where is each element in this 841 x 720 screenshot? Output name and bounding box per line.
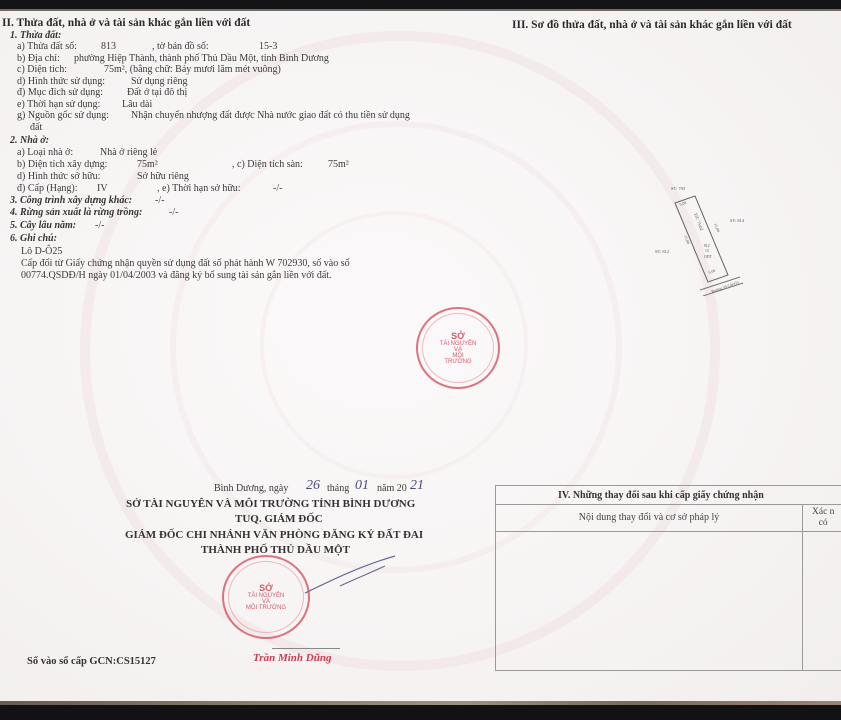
floor-area: 75m² <box>328 159 349 171</box>
stamp-text: SỞ <box>245 583 287 593</box>
origin-cont: đất <box>30 122 42 134</box>
house-heading: 2. Nhà ở: <box>10 135 49 146</box>
notes-lot: Lô D-Ô25 <box>21 246 62 258</box>
top-edge-length: 5.00 <box>679 200 687 207</box>
own-term-label: , e) Thời hạn sở hữu: <box>157 183 241 195</box>
department-name: SỞ TÀI NGUYÊN VÀ MÔI TRƯỜNG TỈNH BÌNH DƯ… <box>126 498 415 510</box>
month-label: tháng <box>327 483 349 495</box>
perennial-heading: 5. Cây lâu năm: <box>10 220 76 231</box>
bottom-edge-length: 5.00 <box>708 268 716 275</box>
tuq-title: TUQ. GIÁM ĐỐC <box>235 513 323 525</box>
parcel-use: ODT <box>704 255 712 259</box>
stamp-text: MÔI TRƯỜNG <box>438 353 478 365</box>
parcel-no-label: a) Thửa đất số: <box>17 41 77 53</box>
date-month: 01 <box>355 478 369 494</box>
notes-heading: 6. Ghi chú: <box>10 233 57 244</box>
stamp-text: SỞ <box>438 331 478 341</box>
section-2-title: II. Thửa đất, nhà ở và tài sản khác gắn … <box>2 17 250 29</box>
table-header-row: Nội dung thay đổi và cơ sở pháp lý Xác n… <box>496 505 841 532</box>
registry-number: Số vào sổ cấp GCN:CS15127 <box>27 656 156 667</box>
parcel-no: 813 <box>101 41 116 53</box>
other-construction-heading: 3. Công trình xây dựng khác: <box>10 195 132 206</box>
west-neighbor: ST: 812 <box>655 249 669 254</box>
ownership: Sở hữu riêng <box>137 171 189 183</box>
purpose: Đất ở tại đô thị <box>127 87 187 99</box>
house-type-label: a) Loại nhà ở: <box>17 147 73 159</box>
land-heading: 1. Thửa đất: <box>10 30 61 41</box>
signer-name: Trần Minh Dũng <box>253 652 331 664</box>
area: 75m², (bằng chữ: Bảy mươi lăm mét vuông) <box>104 64 281 76</box>
parcel-no: 812 <box>704 244 710 248</box>
east-neighbor: ST: 814 <box>730 218 745 223</box>
house-type: Nhà ở riêng lẻ <box>100 147 157 159</box>
perennial-value: -/- <box>95 220 104 232</box>
official-stamp: SỞ TÀI NGUYÊN VÀ MÔI TRƯỜNG <box>416 307 500 389</box>
ownership-label: d) Hình thức sở hữu: <box>17 171 100 183</box>
right-edge-length: 15.00 <box>713 223 721 233</box>
changes-table: IV. Những thay đổi sau khi cấp giấy chứn… <box>495 485 841 671</box>
forest-value: -/- <box>169 207 178 219</box>
section-3-title: III. Sơ đồ thửa đất, nhà ở và tài sản kh… <box>512 19 792 31</box>
stamp-text: TÀI NGUYÊN VÀ <box>438 341 478 353</box>
left-edge-length: 15.00 <box>683 235 691 245</box>
official-stamp: SỞ TÀI NGUYÊN VÀ MÔI TRƯỜNG <box>222 555 310 639</box>
map-sheet-label: , tờ bản đồ số: <box>152 41 209 53</box>
other-construction-value: -/- <box>155 195 164 207</box>
certificate-page: II. Thửa đất, nhà ở và tài sản khác gắn … <box>0 11 841 701</box>
grade: IV <box>97 183 108 195</box>
area-label: c) Diện tích: <box>17 64 67 76</box>
notes-line-1: Cấp đổi từ Giấy chứng nhận quyền sử dụng… <box>21 258 350 270</box>
notes-line-2: 00774.QSDĐ/H ngày 01/04/2003 và đăng ký … <box>21 270 332 282</box>
year-label: năm 20 <box>377 483 407 495</box>
section-4-title: IV. Những thay đổi sau khi cấp giấy chứn… <box>496 486 841 505</box>
bottom-dark-border <box>0 705 841 720</box>
place-date-prefix: Bình Dương, ngày <box>214 483 288 495</box>
origin-label: g) Nguồn gốc sử dụng: <box>17 110 109 122</box>
build-area-label: b) Diện tích xây dựng: <box>17 159 107 171</box>
date-year-suffix: 21 <box>410 478 424 494</box>
map-sheet: 15-3 <box>259 41 277 53</box>
grade-label: đ) Cấp (Hạng): <box>17 183 78 195</box>
parcel-sub: 15 <box>705 249 709 253</box>
column-header-confirm: Xác n có <box>812 507 834 529</box>
top-dark-border <box>0 0 841 9</box>
own-term: -/- <box>273 183 282 195</box>
build-area: 75m² <box>137 159 158 171</box>
column-divider <box>802 505 803 670</box>
handwritten-signature <box>300 551 410 601</box>
origin: Nhận chuyển nhượng đất được Nhà nước gia… <box>131 110 410 122</box>
forest-heading: 4. Rừng sản xuất là rừng trồng: <box>10 207 142 218</box>
date-day: 26 <box>306 478 320 494</box>
purpose-label: đ) Mục đích sử dụng: <box>17 87 103 99</box>
floor-area-label: , c) Diện tích sàn: <box>232 159 303 171</box>
stamp-text: MÔI TRƯỜNG <box>245 605 287 611</box>
signature-line <box>272 648 340 649</box>
stamp-text: TÀI NGUYÊN VÀ <box>245 593 287 605</box>
director-title: GIÁM ĐỐC CHI NHÁNH VĂN PHÒNG ĐĂNG KÝ ĐẤT… <box>125 529 423 541</box>
parcel-diagram: ST: 793 ST: 814 ST: 812 5.00 15.00 15.00… <box>640 176 760 296</box>
north-neighbor: ST: 793 <box>671 186 686 191</box>
column-header-content: Nội dung thay đổi và cơ sở pháp lý <box>496 505 802 531</box>
